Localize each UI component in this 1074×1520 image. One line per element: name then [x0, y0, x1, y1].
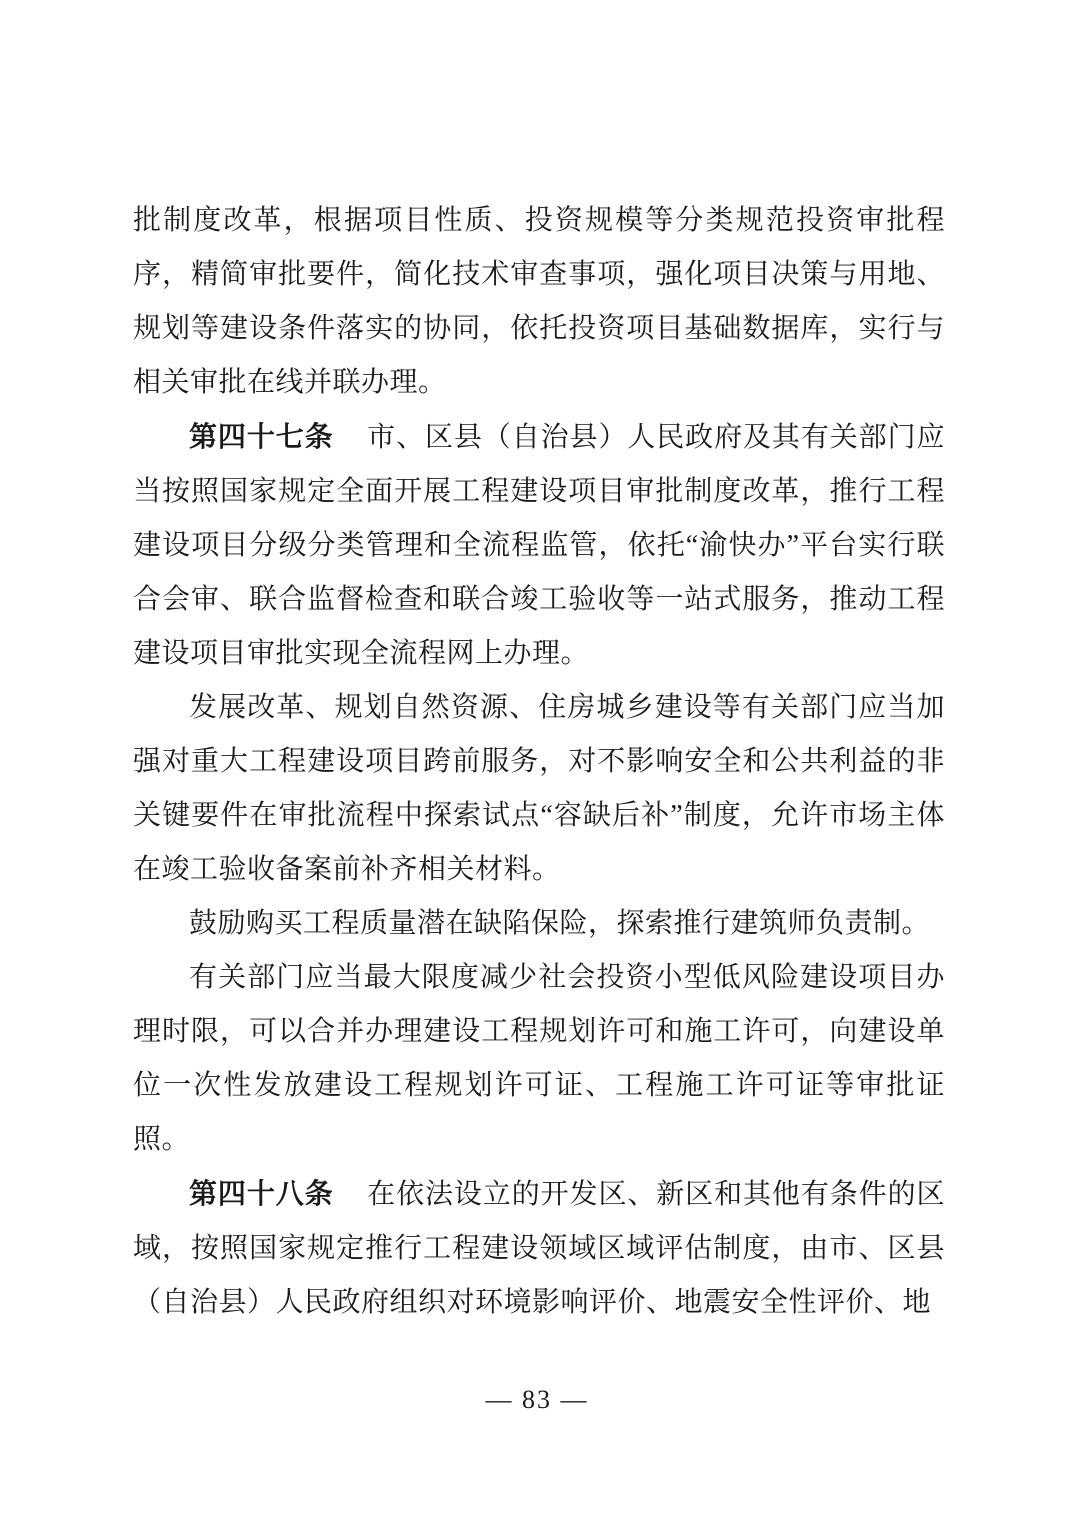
- document-body: 批制度改革，根据项目性质、投资规模等分类规范投资审批程序，精简审批要件，简化技术…: [133, 194, 945, 1330]
- article-number: 第四十八条: [189, 1178, 334, 1209]
- page-footer: — 83 —: [0, 1382, 1074, 1418]
- article-paragraph: 第四十八条在依法设立的开发区、新区和其他有条件的区域，按照国家规定推行工程建设领…: [133, 1167, 945, 1330]
- body-paragraph: 批制度改革，根据项目性质、投资规模等分类规范投资审批程序，精简审批要件，简化技术…: [133, 194, 945, 410]
- page-number: — 83 —: [486, 1385, 589, 1414]
- body-paragraph: 发展改革、规划自然资源、住房城乡建设等有关部门应当加强对重大工程建设项目跨前服务…: [133, 681, 945, 897]
- body-paragraph: 有关部门应当最大限度减少社会投资小型低风险建设项目办理时限，可以合并办理建设工程…: [133, 951, 945, 1167]
- document-page: 批制度改革，根据项目性质、投资规模等分类规范投资审批程序，精简审批要件，简化技术…: [0, 0, 1074, 1520]
- article-paragraph: 第四十七条市、区县（自治县）人民政府及其有关部门应当按照国家规定全面开展工程建设…: [133, 410, 945, 681]
- body-paragraph: 鼓励购买工程质量潜在缺陷保险，探索推行建筑师负责制。: [133, 897, 945, 951]
- article-number: 第四十七条: [189, 421, 334, 452]
